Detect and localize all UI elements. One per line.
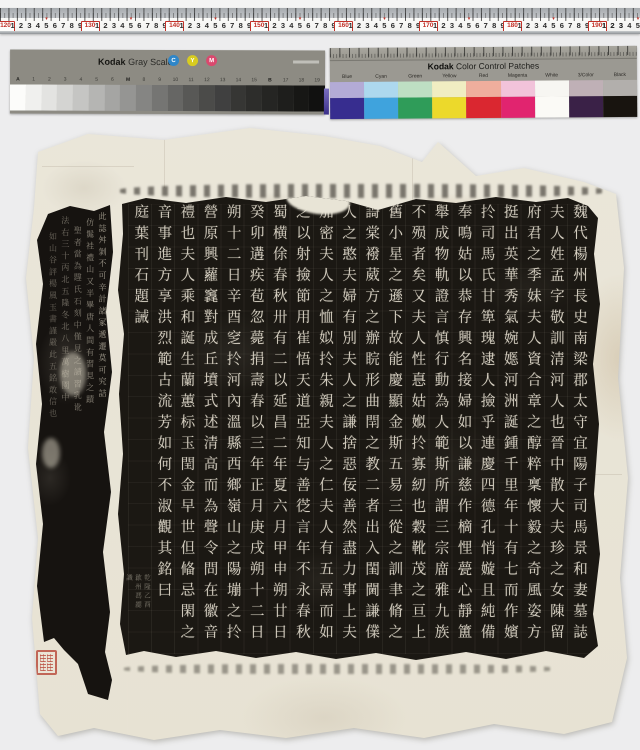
gray-step-label: 13 bbox=[215, 76, 231, 85]
epitaph-column-5: 扵司馬氏甘箄瑰逮人撿乎連慶四德孔悄嫙且純備 bbox=[475, 204, 498, 654]
color-patch-label: Cyan bbox=[364, 73, 398, 82]
epitaph-column-13: 之以射撿節用崔悟天道亞知与善徔言年不永春秋 bbox=[290, 204, 313, 654]
epitaph-column-14: 蜀横俆春秋卅有二以延昌二年夏六月甲申朔廿日 bbox=[267, 204, 290, 654]
gray-patch bbox=[199, 85, 215, 111]
epitaph-column-16: 朔十二日辛酉窆扵河內溫縣西鄉嶺山之陽塴之扵 bbox=[221, 204, 244, 654]
color-patch-light bbox=[501, 81, 535, 97]
color-patch-label: Magenta bbox=[500, 72, 534, 81]
gray-step-label: 4 bbox=[73, 76, 89, 85]
gray-step-label: 19 bbox=[309, 76, 325, 85]
ruler-minor-digit: 8 bbox=[239, 22, 243, 30]
collector-seal bbox=[36, 650, 57, 675]
ruler-minor-digit: 5 bbox=[551, 22, 555, 30]
gray-step-label: 2 bbox=[41, 76, 57, 85]
gray-patch bbox=[104, 85, 120, 111]
ruler-minor-digit: 8 bbox=[577, 22, 581, 30]
ruler-minor-digit: 2 bbox=[103, 22, 107, 30]
color-patch-label: Yellow bbox=[432, 72, 466, 81]
ink-smear-bottom bbox=[124, 664, 554, 674]
ruler-half-mark: ▾ bbox=[468, 17, 471, 22]
gray-patch bbox=[262, 85, 278, 111]
colophon-column-2: 歙州馮勰 bbox=[133, 574, 142, 658]
ruler-minor-digit: 7 bbox=[230, 22, 234, 30]
y-dot-icon: Y bbox=[187, 55, 198, 66]
ruler-minor-digit: 6 bbox=[391, 22, 395, 30]
ruler-minor-digit: 6 bbox=[560, 22, 564, 30]
epitaph-column-9: 舊小星之遜下故能慶顯金斯五易三從之訓聿脩之 bbox=[382, 204, 405, 654]
color-column-red: Red bbox=[466, 72, 500, 118]
ruler-minor-digit: 7 bbox=[146, 22, 150, 30]
epitaph-column-8: 不殒者矣又夫人性惪姑娰扵寡紉也穀靴茂之亘上 bbox=[405, 204, 428, 654]
ruler-minor-digit: 4 bbox=[205, 22, 209, 30]
epitaph-column-18: 禮也夫人乘和誕生蘭蕙标玉閏金早世但偹忌閑之 bbox=[174, 204, 197, 654]
color-column-3color: 3/Color bbox=[569, 71, 603, 117]
ruler-minor-digit: 7 bbox=[61, 22, 65, 30]
colophon-column-3: 識 bbox=[124, 574, 133, 658]
collector-colophon: 乾隆乙酉歙州馮勰識 bbox=[124, 574, 151, 658]
ruler-minor-digit: 5 bbox=[467, 22, 471, 30]
side-column-5: 如山谷評楊風玉書謹嚴此五銘敢信也 bbox=[46, 232, 58, 706]
gray-step-label: 17 bbox=[278, 76, 294, 85]
color-patch-light bbox=[432, 81, 466, 97]
main-rubbing-block: 魏代楊州長史南梁郡太守宜陽子司馬景和妻墓誌夫人姓孟字敬訓清河人也晉中散大夫珍之女… bbox=[116, 194, 602, 664]
c-dot-icon: C bbox=[168, 55, 179, 66]
color-patch-strong bbox=[330, 98, 364, 119]
ruler-minor-digit: 4 bbox=[120, 22, 124, 30]
ruler-minor-digit: 3 bbox=[534, 22, 538, 30]
epitaph-column-6: 奉鳴姑以恭存興名接婦如以謙慈作樀悝甍心靜簠 bbox=[451, 204, 474, 654]
gray-patch bbox=[152, 85, 168, 111]
color-card-columns: BlueCyanGreenYellowRedMagentaWhite3/Colo… bbox=[330, 71, 637, 119]
gray-scale-brand: Kodak bbox=[98, 57, 126, 67]
gray-patch bbox=[10, 84, 26, 110]
kodak-gray-scale: Kodak Gray Scale CYM A123456M89101112131… bbox=[10, 49, 325, 114]
color-patch-light bbox=[535, 80, 569, 96]
color-column-blue: Blue bbox=[330, 73, 364, 119]
color-patch-light bbox=[603, 80, 637, 96]
ruler-minor-digit: 4 bbox=[36, 22, 40, 30]
gray-patch bbox=[73, 85, 89, 111]
fold-crease bbox=[164, 132, 165, 188]
color-column-magenta: Magenta bbox=[500, 72, 534, 118]
ruler-minor-digit: 1 bbox=[179, 22, 183, 30]
seal-stroke-block bbox=[47, 654, 53, 662]
cmy-dots: CYM bbox=[168, 55, 217, 66]
side-column-2: 仿髴袿禮山又半畢唐人間有習見之蹟 bbox=[83, 218, 95, 692]
ruler-minor-digit: 2 bbox=[526, 22, 530, 30]
gray-step-label: 9 bbox=[152, 76, 168, 85]
gray-scale-patches bbox=[10, 84, 325, 111]
m-dot-icon: M bbox=[206, 55, 217, 66]
ruler-minor-digit: 2 bbox=[610, 22, 614, 30]
ruler-minor-digit: 8 bbox=[323, 22, 327, 30]
gray-patch bbox=[26, 85, 42, 111]
ruler-minor-digit: 3 bbox=[196, 22, 200, 30]
side-column-1: 此誌舛剝不可辛計諸冢遞遷莫可究詰 bbox=[96, 212, 108, 686]
ruler-minor-digit: 1 bbox=[602, 22, 606, 30]
fold-crease bbox=[42, 166, 134, 167]
ruler-minor-digit: 3 bbox=[619, 22, 623, 30]
gray-step-label: B bbox=[262, 76, 278, 85]
ruler-minor-digit: 6 bbox=[306, 22, 310, 30]
epitaph-column-10: 謌棠襏葳方之辦睆形曲閈之教二者出入閨閫謙㒒 bbox=[359, 204, 382, 654]
epitaph-column-3: 府君之季妹夫人資合章之醇粹稟懷毅之奇風姿方 bbox=[521, 204, 544, 654]
ruler-minor-digit: 3 bbox=[365, 22, 369, 30]
colophon-column-1: 乾隆乙酉 bbox=[142, 574, 151, 658]
epitaph-column-19: 音事進方享洪烈範古流芳如何不淑觀其銘曰 bbox=[151, 204, 174, 654]
ruler-minor-digit: 7 bbox=[568, 22, 572, 30]
ink-smear-top bbox=[120, 184, 604, 198]
seal-characters bbox=[40, 654, 53, 671]
ruler-minor-digit: 8 bbox=[408, 22, 412, 30]
scan-background: 120123456789▾130123456789▾140123456789▾1… bbox=[0, 0, 640, 750]
seal-stroke-block bbox=[40, 654, 46, 662]
ruler-minor-digit: 6 bbox=[137, 22, 141, 30]
side-inscription-rubbing: 此誌舛剝不可辛計諸冢遞遷莫可究詰仿髴袿禮山又半畢唐人間有習見之蹟聖者當為韙氏石刻… bbox=[34, 202, 114, 704]
color-patch-strong bbox=[569, 96, 603, 117]
epitaph-column-11: 人之憨夫婦有別夫人之謙捨惡佞善然盡力事上夫 bbox=[336, 204, 359, 654]
color-column-white: White bbox=[535, 71, 569, 117]
ruler-half-mark: ▾ bbox=[299, 17, 302, 22]
gray-step-label: 10 bbox=[167, 76, 183, 85]
color-patch-strong bbox=[603, 96, 637, 117]
side-column-4: 法右三十丙北五隆冬北八里萬樹園中 bbox=[58, 216, 70, 690]
color-patch-strong bbox=[432, 97, 466, 118]
gray-patch bbox=[215, 85, 231, 111]
epitaph-column-17: 營原興蘿竁對成丘墳式述清高而為聲令問在徽音 bbox=[197, 204, 220, 654]
ruler-half-mark: ▾ bbox=[552, 17, 555, 22]
side-inscription-columns: 此誌舛剝不可辛計諸冢遞遷莫可究詰仿髴袿禮山又半畢唐人間有習見之蹟聖者當為韙氏石刻… bbox=[46, 212, 108, 686]
color-patch-strong bbox=[535, 96, 569, 117]
gray-patch bbox=[230, 85, 246, 111]
gray-patch bbox=[293, 85, 309, 111]
gray-patch bbox=[278, 85, 294, 111]
color-patch-strong bbox=[364, 98, 398, 119]
ruler-minor-digit: 4 bbox=[289, 22, 293, 30]
color-column-yellow: Yellow bbox=[432, 72, 466, 118]
ruler-minor-digit: 1 bbox=[264, 22, 268, 30]
gray-step-label: 6 bbox=[104, 76, 120, 85]
ruler-half-mark: ▾ bbox=[214, 17, 217, 22]
epitaph-column-4: 挺岀英華秀氣婉嫕河洲誕鍾千里年十有七而作嬪 bbox=[498, 204, 521, 654]
ruler-minor-digit: 2 bbox=[441, 22, 445, 30]
ruler-minor-digit: 4 bbox=[543, 22, 547, 30]
color-patch-strong bbox=[501, 97, 535, 118]
rubbing-paper: 此誌舛剝不可辛計諸冢遞遷莫可究詰仿髴袿禮山又半畢唐人間有習見之蹟聖者當為韙氏石刻… bbox=[24, 118, 636, 750]
ruler-minor-digit: 5 bbox=[636, 22, 640, 30]
gray-scale-header: Kodak Gray Scale CYM bbox=[10, 49, 325, 76]
ruler-minor-digit: 1 bbox=[517, 22, 521, 30]
color-patch-light bbox=[330, 82, 364, 98]
gray-step-label: 15 bbox=[246, 76, 262, 85]
color-column-cyan: Cyan bbox=[364, 73, 398, 119]
ruler-minor-digit: 6 bbox=[222, 22, 226, 30]
gray-scale-title: Kodak Gray Scale bbox=[98, 57, 173, 67]
ruler-bottom-edge bbox=[0, 31, 640, 34]
ruler-minor-digit: 1 bbox=[348, 22, 352, 30]
ruler-minor-digit: 5 bbox=[129, 22, 133, 30]
kodak-color-control-patches: Kodak Color Control Patches BlueCyanGree… bbox=[330, 46, 637, 119]
ruler-tick-strip bbox=[0, 8, 640, 18]
gray-step-label: 3 bbox=[57, 76, 73, 85]
color-patch-strong bbox=[467, 97, 501, 118]
gray-step-label: 8 bbox=[136, 76, 152, 85]
rubbing-sheet: 此誌舛剝不可辛計諸冢遞遷莫可究詰仿髴袿禮山又半畢唐人間有習見之蹟聖者當為韙氏石刻… bbox=[24, 118, 636, 750]
gray-step-label: 11 bbox=[183, 76, 199, 85]
ruler-half-mark: ▾ bbox=[130, 17, 133, 22]
ruler-minor-digit: 4 bbox=[458, 22, 462, 30]
ruler-minor-digit: 8 bbox=[70, 22, 74, 30]
color-patch-label: Green bbox=[398, 72, 432, 81]
ruler-half-mark: ▾ bbox=[45, 17, 48, 22]
gray-scale-smallprint bbox=[293, 60, 319, 63]
color-patch-label: 3/Color bbox=[569, 71, 603, 80]
ruler-minor-digit: 5 bbox=[44, 22, 48, 30]
ruler-half-mark: ▾ bbox=[383, 17, 386, 22]
color-patch-label: Red bbox=[466, 72, 500, 81]
epitaph-text-columns: 魏代楊州長史南梁郡太守宜陽子司馬景和妻墓誌夫人姓孟字敬訓清河人也晉中散大夫珍之女… bbox=[128, 204, 590, 654]
ruler-minor-digit: 2 bbox=[188, 22, 192, 30]
ruler-minor-digit: 6 bbox=[53, 22, 57, 30]
gray-patch bbox=[136, 85, 152, 111]
gray-patch bbox=[167, 85, 183, 111]
gray-step-label: 18 bbox=[293, 76, 309, 85]
color-card-brand: Kodak bbox=[428, 61, 454, 71]
epitaph-column-12: 加密夫人之恤姒扵朱親夫人之仁夫人有五鬲而如 bbox=[313, 204, 336, 654]
ruler-minor-digit: 3 bbox=[112, 22, 116, 30]
gray-step-label: 12 bbox=[199, 76, 215, 85]
ruler-number-band: 120123456789▾130123456789▾140123456789▾1… bbox=[0, 18, 640, 32]
gray-scale-end-tab bbox=[324, 89, 329, 115]
ruler-scale: 120123456789▾130123456789▾140123456789▾1… bbox=[0, 8, 640, 34]
ruler-minor-digit: 2 bbox=[19, 22, 23, 30]
color-patch-light bbox=[398, 81, 432, 97]
gray-patch bbox=[183, 85, 199, 111]
ruler-minor-digit: 3 bbox=[281, 22, 285, 30]
epitaph-column-7: 舉成物軌證言慎行動為人範斯所謂三宗庿雅九族 bbox=[428, 204, 451, 654]
ruler-minor-digit: 7 bbox=[484, 22, 488, 30]
gray-patch bbox=[57, 85, 73, 111]
color-patch-label: Blue bbox=[330, 73, 364, 82]
gray-patch bbox=[41, 85, 57, 111]
seal-stroke-block bbox=[47, 663, 53, 671]
gray-patch bbox=[309, 85, 325, 111]
ruler-minor-digit: 2 bbox=[272, 22, 276, 30]
ruler-minor-digit: 1 bbox=[433, 22, 437, 30]
ruler-minor-digit: 5 bbox=[298, 22, 302, 30]
ruler-half-mark: ▾ bbox=[637, 17, 640, 22]
ruler-minor-digit: 3 bbox=[27, 22, 31, 30]
ruler-minor-digit: 5 bbox=[382, 22, 386, 30]
epitaph-column-1: 魏代楊州長史南梁郡太守宜陽子司馬景和妻墓誌 bbox=[567, 204, 590, 654]
epitaph-column-15: 癸卯遘疾苞忽薨捐壽春以三年正月庚戌朔十二日 bbox=[244, 204, 267, 654]
ruler-minor-digit: 7 bbox=[399, 22, 403, 30]
gray-patch bbox=[89, 85, 105, 111]
gray-step-label: M bbox=[120, 76, 136, 85]
ruler-minor-digit: 8 bbox=[492, 22, 496, 30]
color-patch-strong bbox=[398, 97, 432, 118]
side-column-3: 聖者當為韙氏石刻中僅見之謮習乳讹 bbox=[71, 226, 83, 700]
color-patch-light bbox=[569, 80, 603, 96]
gray-step-label: 5 bbox=[89, 76, 105, 85]
color-patch-light bbox=[466, 81, 500, 97]
gray-patch bbox=[246, 85, 262, 111]
ruler-minor-digit: 7 bbox=[315, 22, 319, 30]
ruler-minor-digit: 5 bbox=[213, 22, 217, 30]
ruler-minor-digit: 4 bbox=[627, 22, 631, 30]
color-patch-label: Black bbox=[603, 71, 637, 80]
gray-patch bbox=[120, 85, 136, 111]
ruler-minor-digit: 1 bbox=[10, 22, 14, 30]
gray-step-label: 1 bbox=[26, 76, 42, 85]
seal-stroke-block bbox=[40, 663, 46, 671]
color-patch-label: White bbox=[535, 71, 569, 80]
ruler-minor-digit: 3 bbox=[450, 22, 454, 30]
gray-step-label: 14 bbox=[230, 76, 246, 85]
ruler-minor-digit: 6 bbox=[475, 22, 479, 30]
ruler-minor-digit: 1 bbox=[95, 22, 99, 30]
ruler-minor-digit: 4 bbox=[374, 22, 378, 30]
color-column-black: Black bbox=[603, 71, 637, 117]
ruler-minor-digit: 2 bbox=[357, 22, 361, 30]
epitaph-column-2: 夫人姓孟字敬訓清河人也晉中散大夫珍之女陳留 bbox=[544, 204, 567, 654]
color-patch-light bbox=[364, 82, 398, 98]
color-column-green: Green bbox=[398, 72, 432, 118]
gray-step-label: A bbox=[10, 75, 26, 84]
ruler-minor-digit: 8 bbox=[154, 22, 158, 30]
